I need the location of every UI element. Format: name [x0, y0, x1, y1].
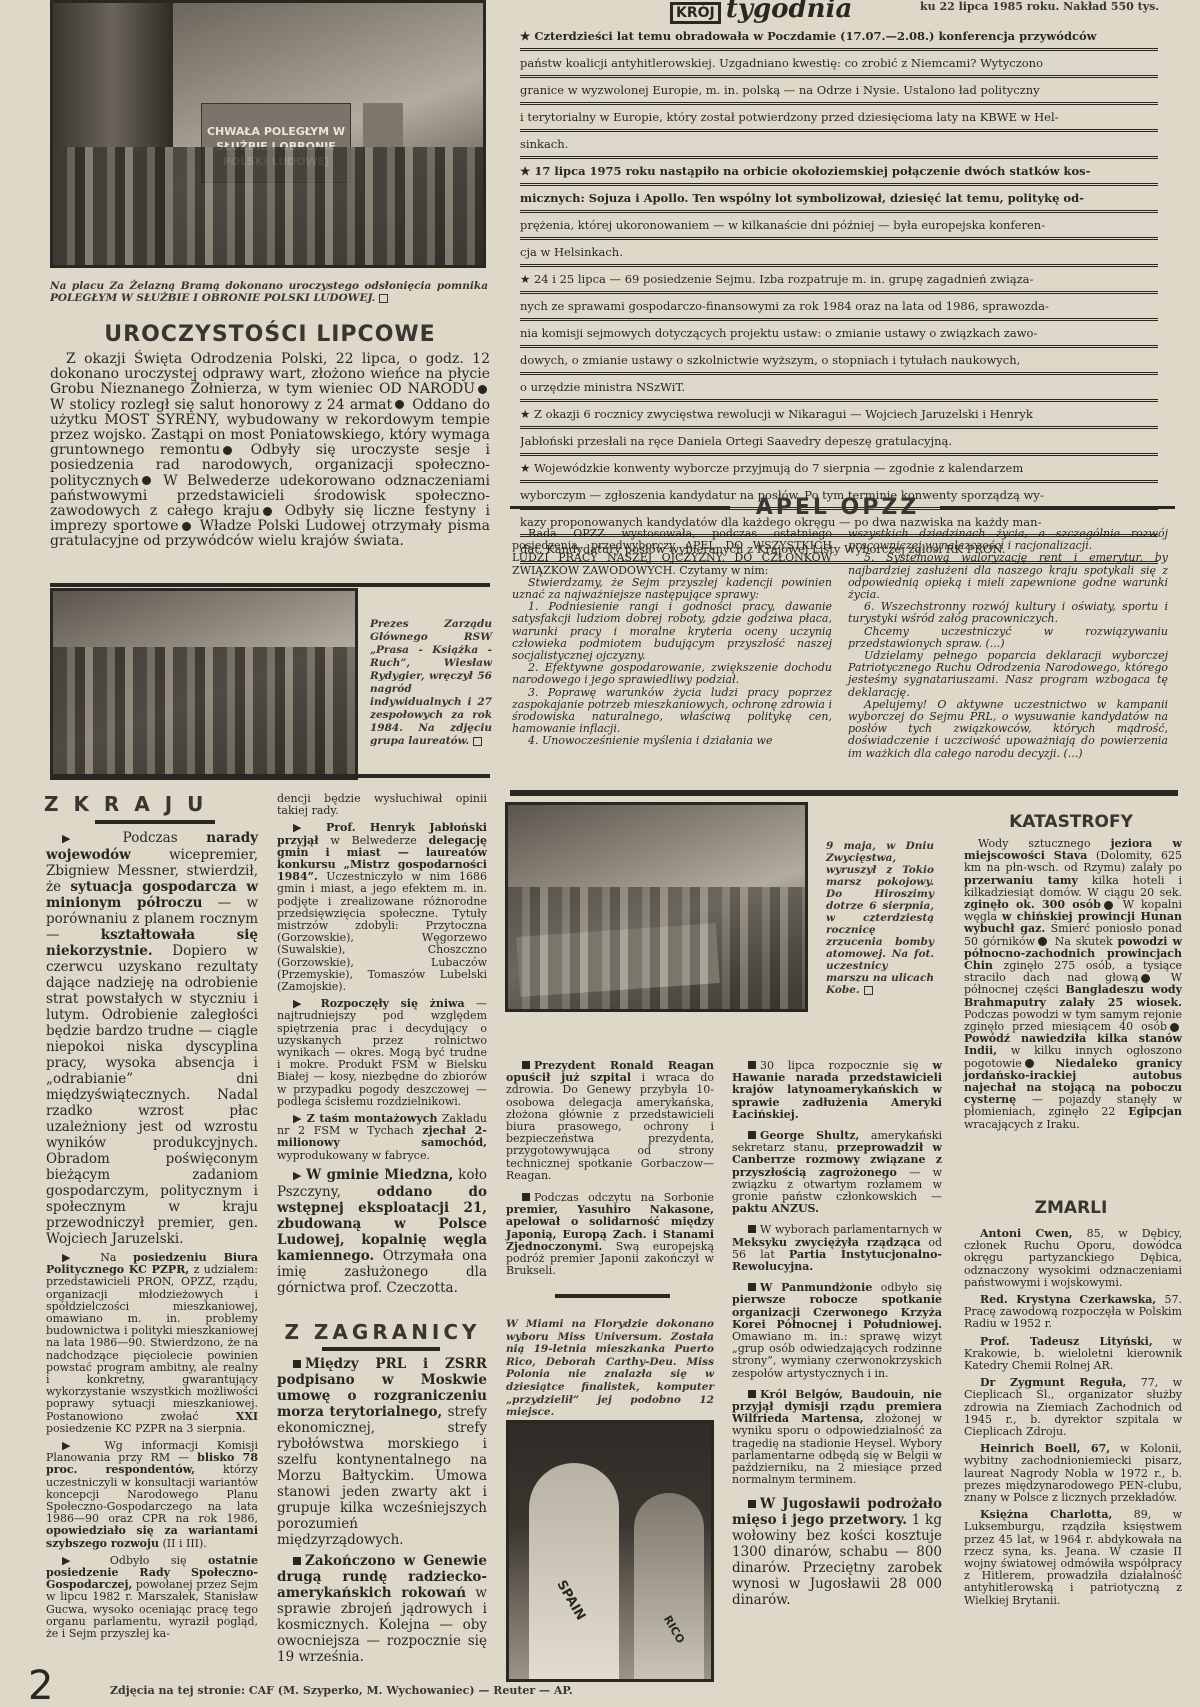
bullet-icon [1141, 974, 1150, 983]
square-bullet-icon [522, 1061, 530, 1069]
bullet-icon [263, 507, 272, 516]
logo-script: tygodnia [726, 0, 852, 24]
apel-point: Udzielamy pełnego poparcia deklaracji wy… [848, 650, 1168, 699]
calendar-line: ★ Czterdzieści lat temu obradowała w Poc… [520, 24, 1158, 51]
news-item: ▶ Z taśm montażowych Zakładu nr 2 FSM w … [277, 1113, 487, 1162]
triangle-bullet-icon: ▶ [293, 997, 321, 1010]
bullet-icon [478, 385, 487, 394]
square-bullet-icon [748, 1500, 756, 1508]
z-zagranicy-col2: Prezydent Ronald Reagan opuścił już szpi… [506, 1060, 714, 1282]
news-text: W gminie Miedzna, koło Pszczyny, oddano … [277, 1167, 487, 1296]
news-item: Podczas odczytu na Sorbonie premier, Yas… [506, 1192, 714, 1277]
zmarli-list: Antoni Cwen, 85, w Dębicy, członek Ruchu… [964, 1228, 1182, 1612]
news-text: W Jugosławii podrożało mięso i jego prze… [732, 1496, 942, 1608]
segment: W stolicy rozległ się salut honorowy z 2… [50, 397, 392, 413]
triangle-bullet-icon: ▶ [293, 1169, 306, 1182]
news-item: Zakończono w Genewie drugą rundę radziec… [277, 1553, 487, 1665]
apel-point: 4. Unowocześnienie myślenia i działania … [512, 735, 832, 747]
news-text: Między PRL i ZSRR podpisano w Moskwie um… [277, 1356, 487, 1548]
apel-point: wszystkich dziedzinach życia, a szczegól… [848, 528, 1168, 552]
logo-box: KRÓJ [670, 2, 721, 24]
caption-text: Prezes Zarządu Głównego RSW „Prasa - Ksi… [370, 618, 492, 747]
z-kraju-col1: ▶ Podczas narady wojewodów wicepremier, … [46, 830, 258, 1645]
obituary: Antoni Cwen, 85, w Dębicy, członek Ruchu… [964, 1228, 1182, 1289]
news-item: ▶ Rozpoczęły się żniwa — najtrudniejszy … [277, 998, 487, 1108]
news-item: ▶ Wg informacji Komisji Planowania przy … [46, 1440, 258, 1550]
obituary: Heinrich Boell, 67, w Kolonii, wybitny z… [964, 1443, 1182, 1504]
tokyo-march-photo [505, 802, 808, 1012]
obituary: Prof. Tadeusz Lityński, w Krakowie, b. w… [964, 1336, 1182, 1373]
uroczystosci-headline: UROCZYSTOŚCI LIPCOWE [50, 322, 490, 347]
crowd [53, 147, 483, 265]
apel-point: 3. Poprawę warunków życia ludzi pracy po… [512, 687, 832, 736]
calendar-line: Jabłoński przesłali na ręce Daniela Orte… [520, 429, 1158, 456]
news-text: 30 lipca rozpocznie się w Hawanie narada… [732, 1059, 942, 1121]
divider [510, 790, 1178, 796]
news-text: Rozpoczęły się żniwa — najtrudniejszy po… [277, 997, 487, 1108]
square-bullet-icon [748, 1131, 756, 1139]
rsw-laureates-photo [50, 588, 358, 780]
calendar-line: państw koalicji antyhitlerowskiej. Uzgad… [520, 51, 1158, 78]
z-zagranicy-col1: Między PRL i ZSRR podpisano w Moskwie um… [277, 1356, 487, 1670]
z-kraju-col2: dencji będzie wysłuchiwał opinii takiej … [277, 793, 487, 1301]
apel-point: 2. Efektywne gospodarowanie, zwiększenie… [512, 662, 832, 686]
apel-header: APEL OPZZ [510, 497, 1175, 519]
uroczystosci-article: Z okazji Święta Odrodzenia Polski, 22 li… [50, 352, 490, 550]
news-item: Prezydent Ronald Reagan opuścił już szpi… [506, 1060, 714, 1182]
katastrofy-article: Wody sztucznego jeziora w miejscowości S… [964, 838, 1182, 1131]
calendar-line: granice w wyzwolonej Europie, m. in. pol… [520, 78, 1158, 105]
apel-point: 5. Systemową waloryzację rent i emerytur… [848, 552, 1168, 601]
masthead: KRÓJ tygodnia ku 22 lipca 1985 roku. Nak… [670, 0, 1200, 16]
z-zagranicy-col3: 30 lipca rozpocznie się w Hawanie narada… [732, 1060, 942, 1613]
bullet-icon [182, 522, 191, 531]
issue-info: ku 22 lipca 1985 roku. Nakład 550 tys. [920, 0, 1159, 13]
news-item: ▶ Na posiedzeniu Biura Politycznego KC P… [46, 1252, 258, 1435]
divider [510, 506, 730, 509]
calendar-line: cja w Helsinkach. [520, 240, 1158, 267]
bullet-icon [395, 400, 404, 409]
segment: Z okazji Święta Odrodzenia Polski, 22 li… [50, 351, 490, 397]
news-text: Prof. Henryk Jabłoński przyjął w Belwede… [277, 821, 487, 993]
news-text: Podczas narady wojewodów wicepremier, Zb… [46, 830, 258, 1247]
apel-col2: wszystkich dziedzinach życia, a szczegól… [848, 528, 1168, 760]
bullet-icon [142, 476, 151, 485]
photo-credits: Zdjęcia na tej stronie: CAF (M. Szyperko… [110, 1684, 573, 1697]
news-item: W Panmundżonie odbyło się pierwsze roboc… [732, 1282, 942, 1380]
calendar-line: nia komisji sejmowych dotyczących projek… [520, 321, 1158, 348]
news-text: Na posiedzeniu Biura Politycznego KC PZP… [46, 1251, 258, 1435]
news-text: W Panmundżonie odbyło się pierwsze roboc… [732, 1281, 942, 1379]
calendar-line: prężenia, której ukoronowaniem — w kilka… [520, 213, 1158, 240]
calendar-line: ★ 17 lipca 1975 roku nastąpiło na orbici… [520, 159, 1158, 186]
triangle-bullet-icon: ▶ [62, 1251, 100, 1264]
z-zagranicy-headline: Z ZAGRANICY [275, 1320, 490, 1344]
news-text: Odbyło się ostatnie posiedzenie Rady Spo… [46, 1554, 258, 1640]
end-mark-icon [473, 737, 482, 746]
apel-point: Apelujemy! O aktywne uczestnictwo w kamp… [848, 699, 1168, 760]
square-bullet-icon [293, 1360, 301, 1368]
obituary: Księżna Charlotta, 89, w Luksemburgu, rz… [964, 1509, 1182, 1607]
monument-photo-caption: Na placu Za Żelazną Bramą dokonano urocz… [50, 280, 488, 304]
square-bullet-icon [748, 1225, 756, 1233]
apel-col1: Rada OPZZ wystosowała, podczas ostatnieg… [512, 528, 832, 748]
square-bullet-icon [748, 1283, 756, 1291]
divider [50, 583, 490, 587]
caption-text: W Miami na Florydzie dokonano wyboru Mis… [506, 1318, 714, 1418]
bullet-icon [1170, 1023, 1179, 1032]
news-item: George Shultz, amerykański sekretarz sta… [732, 1130, 942, 1215]
apel-intro: Rada OPZZ wystosowała, podczas ostatnieg… [512, 528, 832, 577]
calendar-line: dowych, o zmianie ustawy o szkolnictwie … [520, 348, 1158, 375]
rsw-photo-caption: Prezes Zarządu Głównego RSW „Prasa - Ksi… [370, 618, 492, 748]
end-mark-icon [864, 986, 873, 995]
triangle-bullet-icon: ▶ [293, 1112, 307, 1125]
square-bullet-icon [748, 1390, 756, 1398]
calendar-line: o urzędzie ministra NSzWiT. [520, 375, 1158, 402]
news-text: dencji będzie wysłuchiwał opinii takiej … [277, 792, 487, 817]
marchers [508, 887, 805, 1009]
bullet-icon [223, 446, 232, 455]
page-number: 2 [28, 1666, 53, 1706]
calendar-line: i terytorialny w Europie, który został p… [520, 105, 1158, 132]
news-item: W Jugosławii podrożało mięso i jego prze… [732, 1496, 942, 1608]
triangle-bullet-icon: ▶ [62, 1439, 104, 1452]
miss-photo-caption: W Miami na Florydzie dokonano wyboru Mis… [506, 1318, 714, 1419]
bullet-icon [1104, 901, 1113, 910]
news-text: Wg informacji Komisji Planowania przy RM… [46, 1439, 258, 1550]
calendar-line: ★ 24 i 25 lipca — 69 posiedzenie Sejmu. … [520, 267, 1158, 294]
obituary: Red. Krystyna Czerkawska, 57. Pracę zawo… [964, 1294, 1182, 1331]
news-item: ▶ Podczas narady wojewodów wicepremier, … [46, 830, 258, 1247]
apel-point: Chcemy uczestniczyć w rozwiązywaniu prze… [848, 626, 1168, 650]
caption-text: Na placu Za Żelazną Bramą dokonano urocz… [50, 280, 488, 304]
triangle-bullet-icon: ▶ [62, 1554, 110, 1567]
news-item: 30 lipca rozpocznie się w Hawanie narada… [732, 1060, 942, 1121]
divider [322, 1347, 440, 1351]
divider [95, 820, 215, 824]
square-bullet-icon [293, 1557, 301, 1565]
apel-point: 6. Wszechstronny rozwój kultury i oświat… [848, 601, 1168, 625]
news-item: dencji będzie wysłuchiwał opinii takiej … [277, 793, 487, 817]
news-item: ▶ W gminie Miedzna, koło Pszczyny, oddan… [277, 1167, 487, 1296]
end-mark-icon [379, 294, 388, 303]
divider [555, 1294, 670, 1298]
news-text: Król Belgów, Baudouin, nie przyjął dymis… [732, 1388, 942, 1486]
news-text: George Shultz, amerykański sekretarz sta… [732, 1129, 942, 1215]
calendar-line: sinkach. [520, 132, 1158, 159]
square-bullet-icon [748, 1061, 756, 1069]
contestant-left [529, 1463, 619, 1682]
apel-point: 1. Podniesienie rangi i godności pracy, … [512, 601, 832, 662]
news-item: ▶ Prof. Henryk Jabłoński przyjął w Belwe… [277, 822, 487, 993]
laureates-group [53, 647, 355, 777]
news-item: Król Belgów, Baudouin, nie przyjął dymis… [732, 1389, 942, 1487]
zmarli-headline: ZMARLI [958, 1198, 1184, 1218]
news-text: Podczas odczytu na Sorbonie premier, Yas… [506, 1191, 714, 1277]
calendar-line: micznych: Sojuza i Apollo. Ten wspólny l… [520, 186, 1158, 213]
news-item: Między PRL i ZSRR podpisano w Moskwie um… [277, 1356, 487, 1548]
monument-photo: CHWAŁA POLEGŁYM W SŁUŻBIE I OBRONIE POLS… [50, 0, 486, 268]
calendar-line: ★ Z okazji 6 rocznicy zwycięstwa rewoluc… [520, 402, 1158, 429]
divider [50, 774, 490, 778]
caption-text: 9 maja, w Dniu Zwycięstwa, wyruszył z To… [826, 840, 934, 996]
divider [940, 506, 1175, 509]
triangle-bullet-icon: ▶ [62, 832, 123, 845]
news-item: W wyborach parlamentarnych w Meksyku zwy… [732, 1224, 942, 1273]
miss-universe-photo: SPAIN RICO [506, 1420, 714, 1682]
apel-headline: APEL OPZZ [740, 495, 935, 520]
news-text: W wyborach parlamentarnych w Meksyku zwy… [732, 1223, 942, 1273]
calendar-line: nych ze sprawami gospodarczo-finansowymi… [520, 294, 1158, 321]
katastrofy-headline: KATASTROFY [958, 812, 1184, 832]
news-item: ▶ Odbyło się ostatnie posiedzenie Rady S… [46, 1555, 258, 1640]
news-text: Z taśm montażowych Zakładu nr 2 FSM w Ty… [277, 1112, 487, 1162]
calendar-box: ★ Czterdzieści lat temu obradowała w Poc… [520, 24, 1158, 564]
triangle-bullet-icon: ▶ [293, 821, 326, 834]
news-text: Zakończono w Genewie drugą rundę radziec… [277, 1553, 487, 1665]
bullet-icon [1038, 937, 1047, 946]
contestant-right [634, 1493, 704, 1682]
tokyo-photo-caption: 9 maja, w Dniu Zwycięstwa, wyruszył z To… [826, 840, 934, 996]
calendar-line: ★ Wojewódzkie konwenty wyborcze przyjmuj… [520, 456, 1158, 483]
square-bullet-icon [522, 1193, 530, 1201]
apel-point: Stwierdzamy, że Sejm przyszłej kadencji … [512, 577, 832, 601]
news-text: Prezydent Ronald Reagan opuścił już szpi… [506, 1059, 714, 1182]
obituary: Dr Zygmunt Reguła, 77, w Cieplicach Śl.,… [964, 1377, 1182, 1438]
bullet-icon [1025, 1059, 1034, 1068]
z-kraju-headline: Z K R A J U [44, 792, 259, 816]
